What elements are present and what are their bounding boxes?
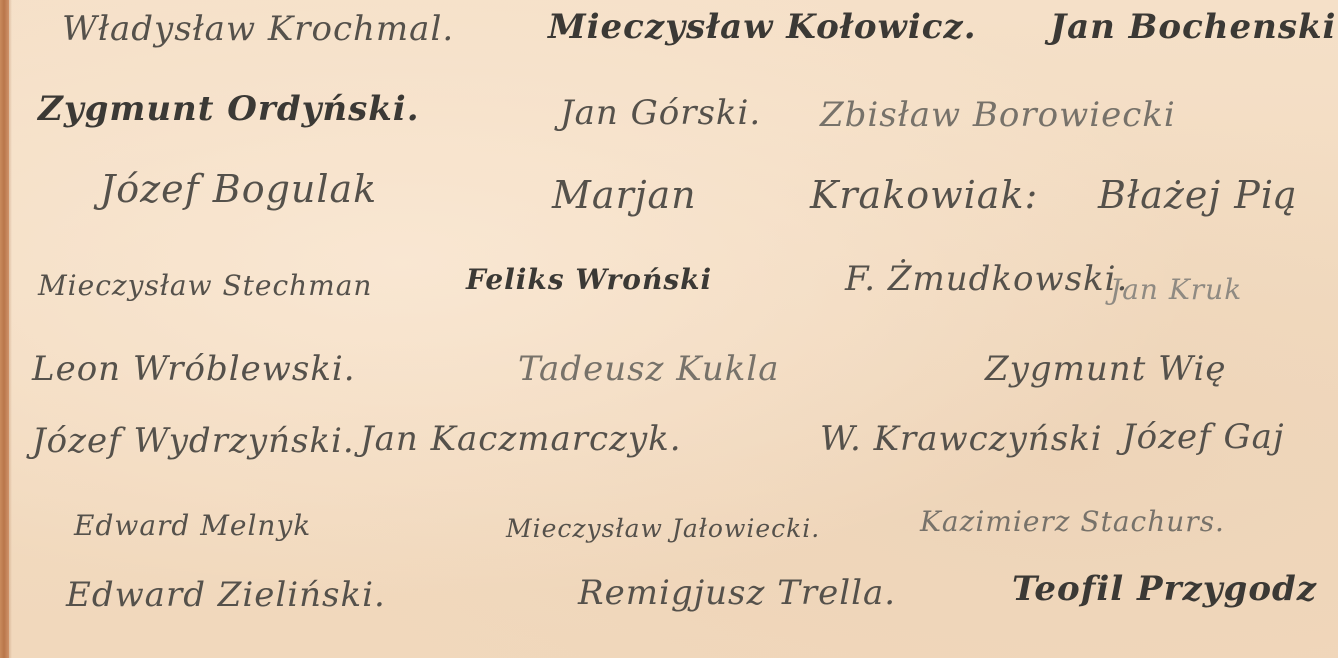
names-row-cut-off — [0, 640, 1338, 658]
handwritten-name: Edward Melnyk — [74, 512, 311, 540]
handwritten-name: Remigjusz Trella. — [578, 576, 896, 610]
handwritten-name: Jan Górski. — [560, 96, 761, 130]
handwritten-name: Feliks Wroński — [466, 266, 712, 294]
handwritten-name: Józef Bogulak — [100, 170, 377, 208]
handwritten-name: F. Żmudkowski. — [845, 262, 1128, 296]
page-margin-stripe — [0, 0, 9, 658]
handwritten-name: Zbisław Borowiecki — [820, 98, 1176, 132]
handwritten-name: Marjan — [552, 176, 697, 214]
handwritten-name: Władysław Krochmal. — [62, 12, 454, 46]
handwritten-name: W. Krawczyński — [820, 422, 1103, 456]
handwritten-name: Teofil Przygodz — [1012, 572, 1317, 606]
handwritten-name: Zygmunt Wię — [985, 352, 1226, 386]
handwritten-name: Kazimierz Stachurs. — [920, 508, 1225, 536]
handwritten-name: Józef Wydrzyński. — [32, 424, 355, 458]
handwritten-name: Edward Zieliński. — [66, 578, 386, 612]
handwritten-name: Jan Bochenski — [1050, 10, 1336, 44]
handwritten-name: Błażej Pią — [1098, 176, 1298, 214]
handwritten-name: Tadeusz Kukla — [518, 352, 780, 386]
handwritten-name: Mieczysław Jałowiecki. — [506, 516, 820, 541]
handwritten-name: Józef Gaj — [1122, 420, 1285, 454]
handwritten-name: Mieczysław Kołowicz. — [548, 10, 977, 44]
handwritten-name: Mieczysław Stechman — [38, 272, 372, 300]
document-page: Władysław Krochmal. Mieczysław Kołowicz.… — [0, 0, 1338, 658]
handwritten-name: Leon Wróblewski. — [32, 352, 356, 386]
page-margin-shadow — [9, 0, 12, 658]
handwritten-name: Jan Kaczmarczyk. — [360, 422, 682, 456]
handwritten-name: Zygmunt Ordyński. — [38, 92, 420, 126]
handwritten-name: Jan Kruk — [1110, 276, 1242, 304]
handwritten-name: Krakowiak: — [810, 176, 1038, 214]
